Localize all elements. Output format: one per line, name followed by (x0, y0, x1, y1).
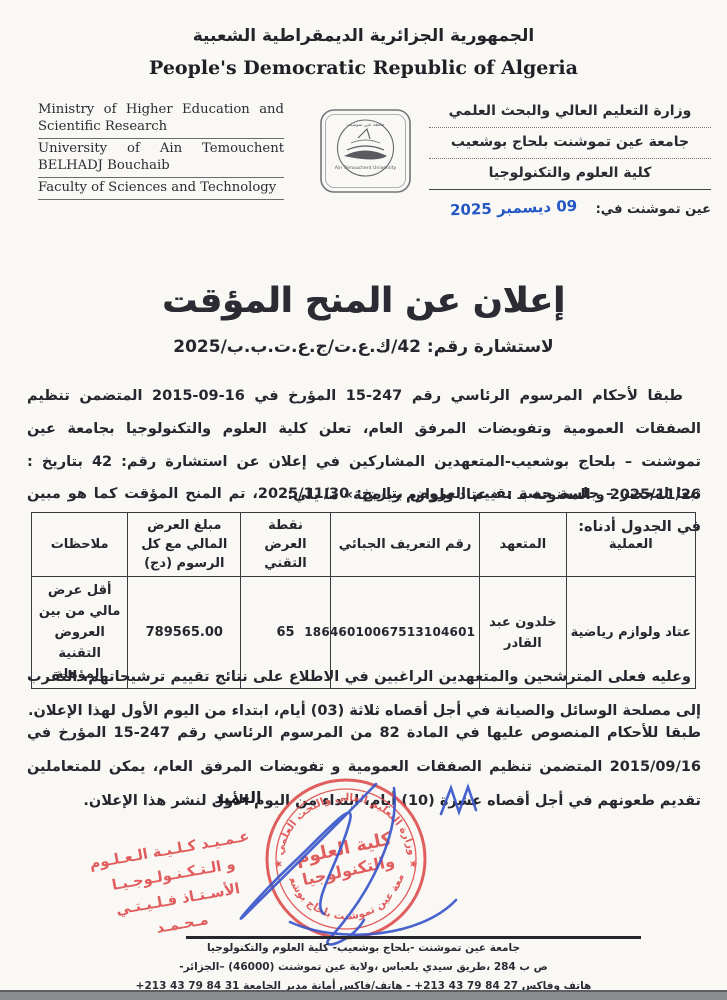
header-financial-offer: مبلغ العرض المالي مع كل الرسوم (دج) (128, 513, 241, 577)
header-technical-score: نقطة العرض التقني (241, 513, 331, 577)
seal-book-shape (344, 151, 387, 160)
footer-divider (186, 936, 641, 939)
header-notes: ملاحظات (32, 513, 128, 577)
header-tax-id: رقم التعريف الجبائي (330, 513, 479, 577)
document-page: الجمهورية الجزائرية الديمقراطية الشعبية … (0, 0, 727, 1000)
dean-name-stamp: عـمـيـد كـلـيـة الـعـلـوم و الـتـكـنـولـ… (71, 822, 281, 955)
place-date-row: عين تموشنت في: 09 ديسمبر 2025 (421, 199, 711, 217)
university-name-en: University of Ain Temouchent BELHADJ Bou… (38, 139, 284, 178)
letterhead-arabic: وزارة التعليم العالي والبحث العلمي جامعة… (429, 97, 711, 190)
ministry-name-en: Ministry of Higher Education and Scienti… (38, 100, 284, 139)
scan-edge-strip (0, 990, 727, 1000)
footer-address: ص ب 284 ،طريق سيدي بلعباس ،ولاية عين تمو… (0, 961, 727, 973)
seal-text-english: Ain Temouchent University (335, 165, 397, 171)
document-title: إعلان عن المنح المؤقت (0, 281, 727, 321)
letterhead-english: Ministry of Higher Education and Scienti… (38, 100, 284, 200)
university-name-ar: جامعة عين تموشنت بلحاج بوشعيب (429, 128, 711, 159)
university-seal-logo: جامعة عين تموشنت Ain Temouchent Universi… (318, 107, 413, 195)
country-name-english: People's Democratic Republic of Algeria (0, 57, 727, 79)
ministry-name-ar: وزارة التعليم العالي والبحث العلمي (429, 97, 711, 128)
seal-text-arabic: جامعة عين تموشنت (347, 123, 385, 128)
header-bidder: المتعهد (480, 513, 566, 577)
faculty-name-en: Faculty of Sciences and Technology (38, 178, 284, 200)
seal-sail-shape (358, 129, 370, 139)
place-date-label: عين تموشنت في: (596, 202, 711, 217)
faculty-round-stamp: ★ وزارة التعليم العالي والبحث العلمي ★ ج… (261, 774, 431, 944)
country-name-arabic: الجمهورية الجزائرية الديمقراطية الشعبية (0, 26, 727, 46)
date-stamp: 09 ديسمبر 2025 (450, 197, 578, 219)
footer-institution: جامعة عين تموشنت -بلحاج بوشعيب- كلية الع… (0, 942, 727, 954)
faculty-name-ar: كلية العلوم والتكنولوجيا (429, 159, 711, 190)
table-header-row: العملية المتعهد رقم التعريف الجبائي نقطة… (32, 513, 696, 577)
header-operation: العملية (566, 513, 695, 577)
consultation-reference: لاستشارة رقم: 42/ك.ع.ت/ج.ع.ت.ب.ب/2025 (0, 337, 727, 357)
